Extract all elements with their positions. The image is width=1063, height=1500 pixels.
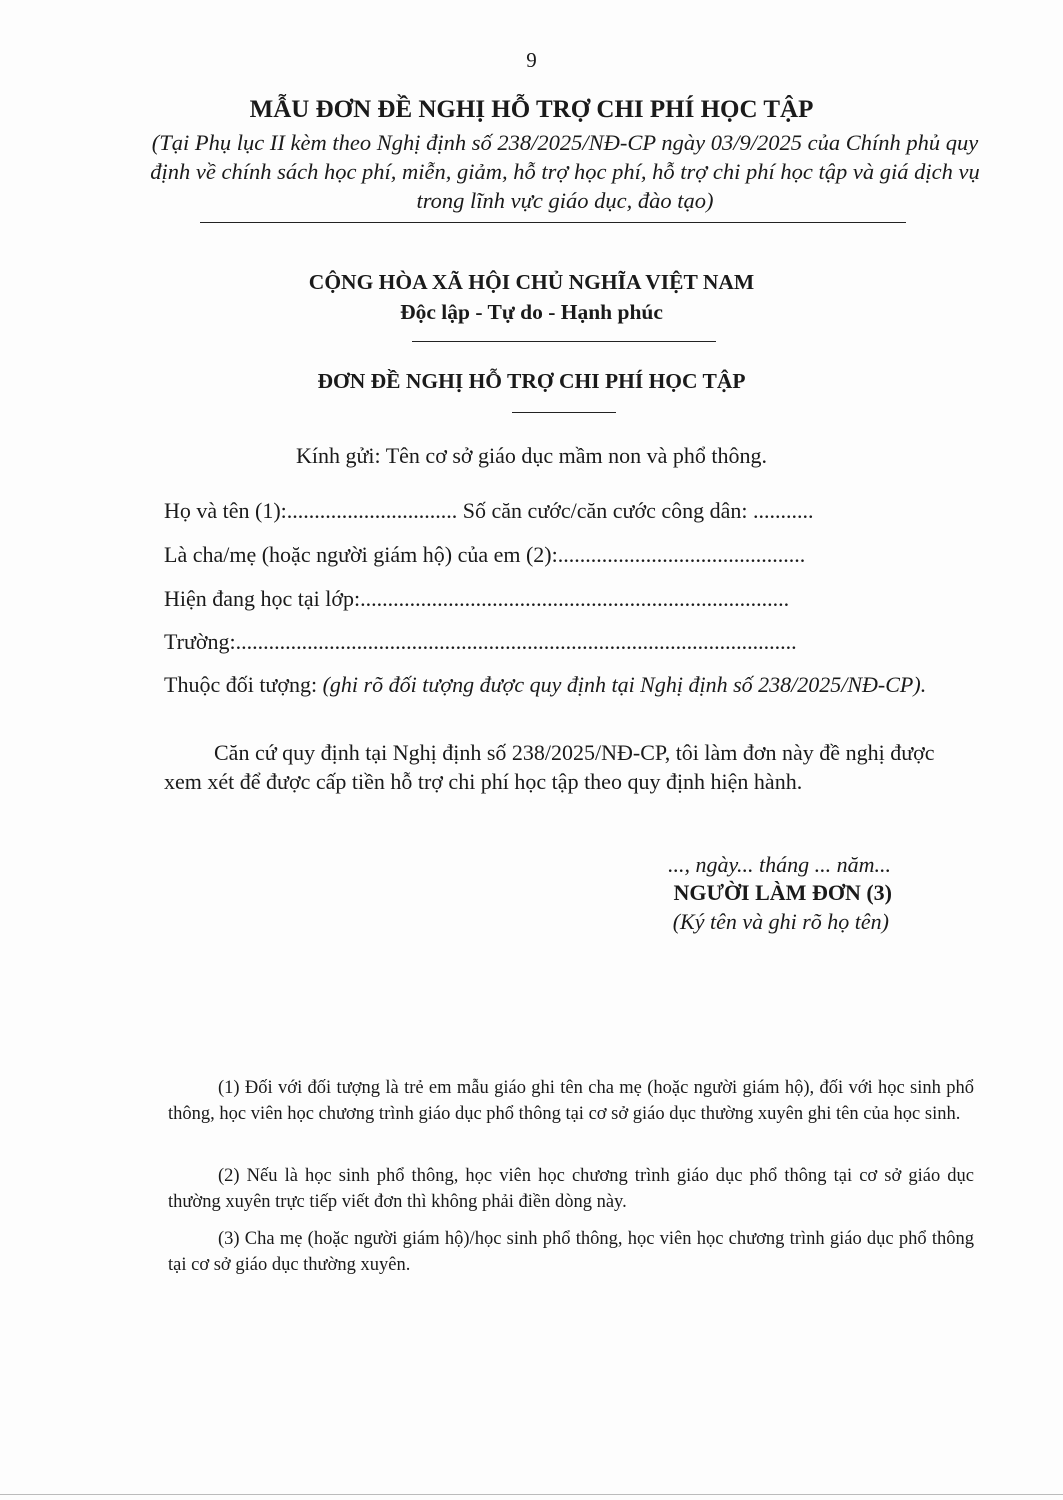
page-edge [0, 1494, 1063, 1495]
signature-date: ..., ngày... tháng ... năm... [668, 852, 891, 878]
document-title: MẪU ĐƠN ĐỀ NGHỊ HỖ TRỢ CHI PHÍ HỌC TẬP [0, 96, 1063, 124]
field-school[interactable]: Trường:.................................… [164, 629, 797, 655]
form-title: ĐƠN ĐỀ NGHỊ HỖ TRỢ CHI PHÍ HỌC TẬP [0, 369, 1063, 394]
footnote-3: (3) Cha mẹ (hoặc người giám hộ)/học sinh… [168, 1226, 974, 1278]
nation-motto: Độc lập - Tự do - Hạnh phúc [0, 300, 1063, 325]
recipient-line: Kính gửi: Tên cơ sở giáo dục mầm non và … [0, 443, 1063, 469]
signature-role: NGƯỜI LÀM ĐƠN (3) [673, 880, 892, 906]
footnote-1: (1) Đối với đối tượng là trẻ em mẫu giáo… [168, 1075, 974, 1127]
nation-name: CỘNG HÒA XÃ HỘI CHỦ NGHĨA VIỆT NAM [0, 270, 1063, 295]
divider [412, 341, 716, 342]
document-subtitle: (Tại Phụ lục II kèm theo Nghị định số 23… [150, 128, 980, 215]
field-class[interactable]: Hiện đang học tại lớp:..................… [164, 586, 789, 612]
field-parent-of[interactable]: Là cha/mẹ (hoặc người giám hộ) của em (2… [164, 542, 805, 568]
page-number: 9 [0, 48, 1063, 73]
field-category[interactable]: Thuộc đối tượng: (ghi rõ đối tượng được … [164, 670, 974, 699]
body-paragraph: Căn cứ quy định tại Nghị định số 238/202… [164, 738, 974, 796]
signature-note: (Ký tên và ghi rõ họ tên) [673, 909, 889, 935]
divider [512, 412, 616, 413]
category-hint: (ghi rõ đối tượng được quy định tại Nghị… [323, 672, 927, 697]
divider [200, 222, 906, 223]
footnote-2: (2) Nếu là học sinh phổ thông, học viên … [168, 1163, 974, 1215]
field-full-name[interactable]: Họ và tên (1):..........................… [164, 498, 814, 524]
category-label: Thuộc đối tượng: [164, 672, 323, 697]
